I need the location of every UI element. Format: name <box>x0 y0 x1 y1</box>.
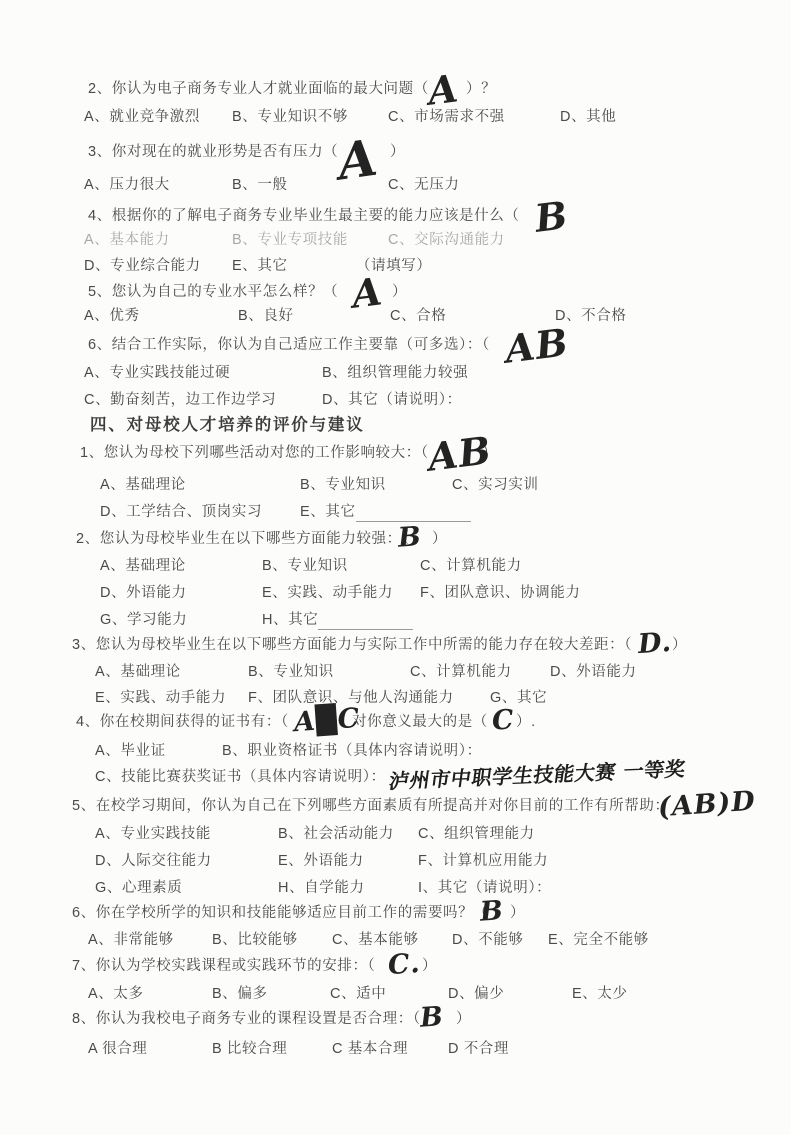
question-text: ） <box>432 530 447 548</box>
option-text: C、无压力 <box>388 176 459 194</box>
option-text: B、职业资格证书（具体内容请说明）： <box>222 742 482 760</box>
question-text: 对你意义最大的是（ <box>352 713 488 731</box>
handwritten-answer: A <box>349 267 385 318</box>
option-text: B、专业知识 <box>300 476 386 494</box>
handwritten-answer: A█C <box>293 702 361 740</box>
question-text: ） <box>456 1010 471 1028</box>
option-text: B、专业知识不够 <box>232 108 348 126</box>
handwritten-answer: AB <box>502 318 571 373</box>
handwritten-answer: D. <box>637 626 673 662</box>
option-text: A 很合理 <box>88 1040 147 1058</box>
option-text-faded: A、基本能力 <box>84 231 170 249</box>
question-text: ） <box>672 636 687 654</box>
option-text: H、自学能力 <box>278 879 365 897</box>
question-text: 4、你在校期间获得的证书有：（ <box>76 713 289 731</box>
option-text: A、基础理论 <box>100 557 186 575</box>
question-text: 5、在校学习期间，你认为自己在下列哪些方面素质有所提高并对你目前的工作有所帮助： <box>72 797 670 815</box>
handwritten-answer: C <box>491 703 516 738</box>
option-text: E、完全不能够 <box>548 931 649 949</box>
option-text-faded: C、交际沟通能力 <box>388 231 505 249</box>
option-text: A、优秀 <box>84 307 140 325</box>
option-text: D、外语能力 <box>100 584 187 602</box>
question-text: 5、您认为自己的专业水平怎么样？（ <box>88 283 338 301</box>
option-text: E、外语能力 <box>278 852 364 870</box>
option-text: D、专业综合能力 <box>84 257 201 275</box>
option-text: C、计算机能力 <box>420 557 522 575</box>
option-text: D、外语能力 <box>550 663 637 681</box>
option-text: D 不合理 <box>448 1040 509 1058</box>
option-text: C、实习实训 <box>452 476 539 494</box>
option-text-faded: B、专业专项技能 <box>232 231 348 249</box>
option-text: A、毕业证 <box>95 742 166 760</box>
option-text: H、其它 <box>262 611 318 629</box>
handwritten-answer: A <box>425 64 461 115</box>
question-text: ）？ <box>466 80 496 98</box>
option-text: G、心理素质 <box>95 879 182 897</box>
handwritten-answer: AB <box>425 426 494 481</box>
fill-in-blank-line <box>318 614 413 630</box>
question-text: 4、根据你的了解电子商务专业毕业生最主要的能力应该是什么（ <box>88 207 519 225</box>
question-text: 2、你认为电子商务专业人才就业面临的最大问题（ <box>88 80 429 98</box>
handwritten-answer: A <box>334 127 382 194</box>
handwritten-answer: B <box>397 520 423 555</box>
question-text: 6、结合工作实际，你认为自己适应工作主要靠（可多选）：（ <box>88 336 490 354</box>
option-text: B、专业知识 <box>248 663 334 681</box>
option-text: E、其它 <box>300 503 356 521</box>
option-text: B、组织管理能力较强 <box>322 364 468 382</box>
option-text: A、基础理论 <box>100 476 186 494</box>
option-text: C、计算机能力 <box>410 663 512 681</box>
option-text: B、良好 <box>238 307 294 325</box>
option-text: B、偏多 <box>212 985 268 1003</box>
option-text: B、比较能够 <box>212 931 298 949</box>
question-text: ） <box>390 143 405 161</box>
question-text: ） <box>392 283 407 301</box>
option-text: A、太多 <box>88 985 144 1003</box>
option-text: D、其他 <box>560 108 616 126</box>
fill-in-blank-line <box>356 506 471 522</box>
option-text: E、太少 <box>572 985 628 1003</box>
question-text: ）. <box>516 713 536 731</box>
option-text: A、专业实践技能过硬 <box>84 364 230 382</box>
option-text: C、基本能够 <box>332 931 419 949</box>
handwritten-answer: C. <box>387 947 422 983</box>
option-text: D、偏少 <box>448 985 504 1003</box>
question-text: 1、您认为母校下列哪些活动对您的工作影响较大：（ <box>80 444 429 462</box>
option-text: A、就业竞争激烈 <box>84 108 200 126</box>
question-text: 3、你对现在的就业形势是否有压力（ <box>88 143 338 161</box>
question-text: 3、您认为母校毕业生在以下哪些方面能力与实际工作中所需的能力存在较大差距：（ <box>72 636 632 654</box>
handwritten-answer: B <box>532 191 571 242</box>
option-text: F、计算机应用能力 <box>418 852 548 870</box>
option-text: A、专业实践技能 <box>95 825 211 843</box>
option-text: A、基础理论 <box>95 663 181 681</box>
handwritten-note: 泸州市中职学生技能大赛 一等奖 <box>387 757 687 795</box>
option-text: C、合格 <box>390 307 446 325</box>
option-text: E、实践、动手能力 <box>262 584 393 602</box>
section-title: 四、对母校人才培养的评价与建议 <box>90 415 365 436</box>
handwritten-answer: (AB)D <box>657 785 757 825</box>
option-text: B、专业知识 <box>262 557 348 575</box>
option-text: D、工学结合、顶岗实习 <box>100 503 262 521</box>
question-text: 2、您认为母校毕业生在以下哪些方面能力较强：（ <box>76 530 410 548</box>
option-text: F、团队意识、协调能力 <box>420 584 580 602</box>
option-text: C、技能比赛获奖证书（具体内容请说明）： <box>95 768 386 786</box>
option-text: B 比较合理 <box>212 1040 287 1058</box>
option-text: G、学习能力 <box>100 611 187 629</box>
option-text: C、组织管理能力 <box>418 825 535 843</box>
option-text: B、社会活动能力 <box>278 825 394 843</box>
document-page: 2、你认为电子商务专业人才就业面临的最大问题（A）？A、就业竞争激烈B、专业知识… <box>0 0 791 1135</box>
option-text: D、人际交往能力 <box>95 852 212 870</box>
handwritten-answer: B <box>419 1000 445 1035</box>
question-text: 7、你认为学校实践课程或实践环节的安排：（ <box>72 957 375 975</box>
option-text: C、适中 <box>330 985 386 1003</box>
option-text: C 基本合理 <box>332 1040 408 1058</box>
question-text: 6、你在学校所学的知识和技能能够适应目前工作的需要吗？（ <box>72 904 488 922</box>
option-text: C、勤奋刻苦，边工作边学习 <box>84 391 276 409</box>
option-text: D、其它（请说明）： <box>322 391 462 409</box>
question-text: ） <box>510 904 525 922</box>
option-text: A、非常能够 <box>88 931 174 949</box>
option-text: E、其它 <box>232 257 288 275</box>
option-text: D、不能够 <box>452 931 523 949</box>
option-text: A、压力很大 <box>84 176 170 194</box>
option-text: B、一般 <box>232 176 288 194</box>
question-text: 8、你认为我校电子商务专业的课程设置是否合理：（ <box>72 1010 421 1028</box>
option-text: E、实践、动手能力 <box>95 689 226 707</box>
question-text: ） <box>422 957 437 975</box>
handwritten-answer: B <box>479 894 505 929</box>
